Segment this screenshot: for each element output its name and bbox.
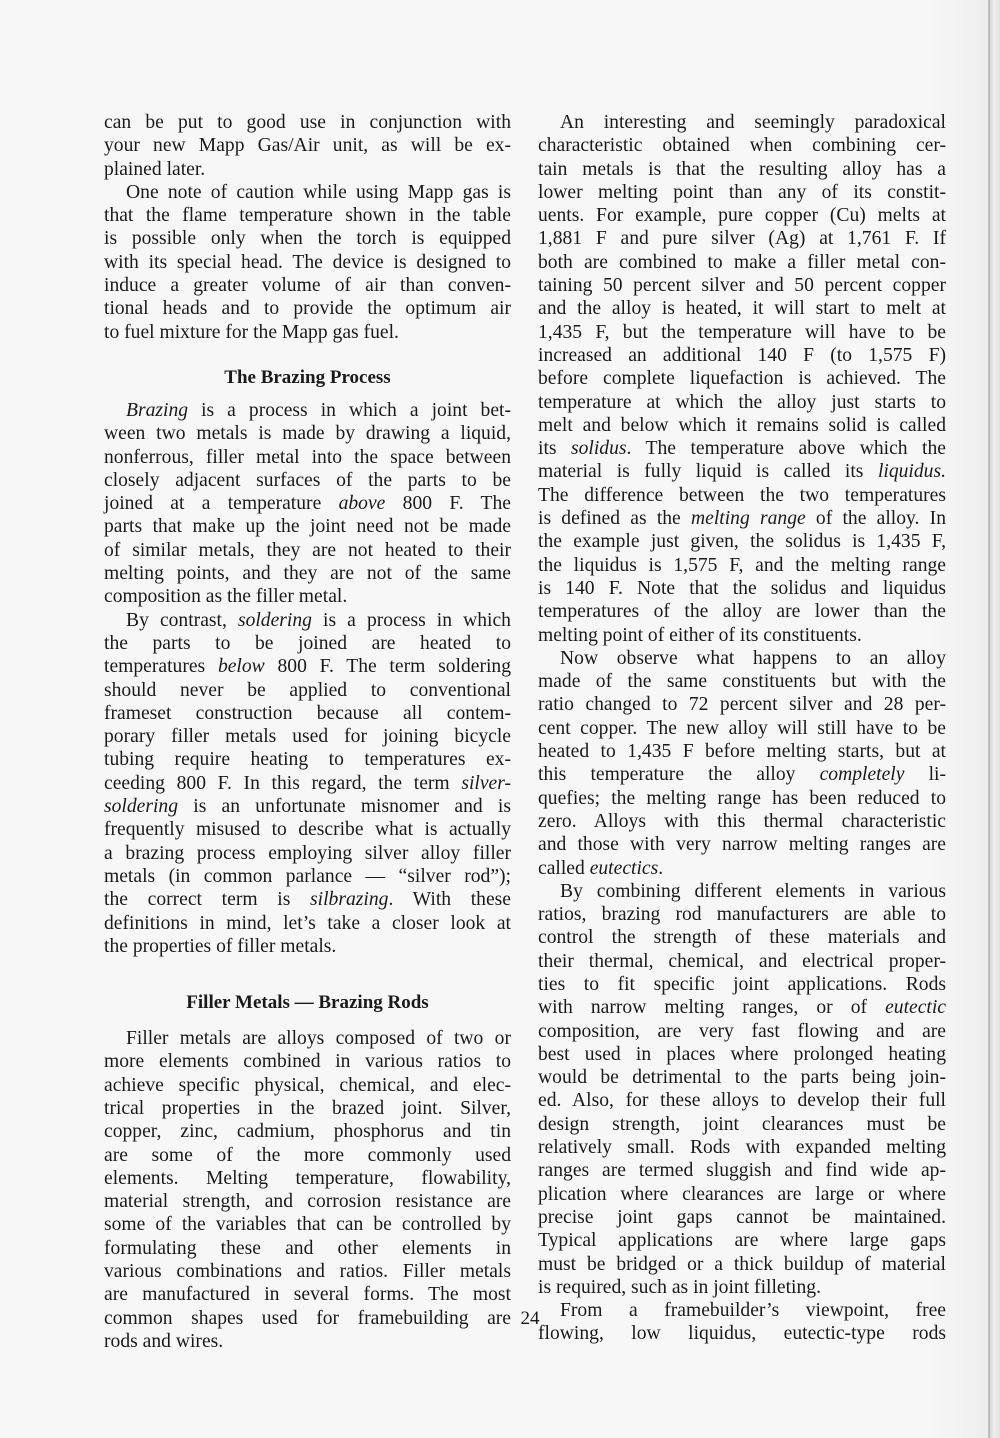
text-line: heated to 1,435 F before melting starts,… [538, 740, 946, 763]
text-line: metals (in common parlance — “silver rod… [104, 865, 511, 888]
text-line: made of the same constituents but with t… [538, 670, 946, 693]
text-line: uents. For example, pure copper (Cu) mel… [538, 204, 946, 227]
text-line: One note of caution while using Mapp gas… [104, 181, 511, 204]
emphasis: silver- [461, 773, 511, 794]
text-span: . [658, 858, 663, 879]
text-line: temperature at which the alloy just star… [538, 391, 946, 414]
emphasis: above [339, 493, 386, 514]
text-line: frameset construction because all contem… [104, 702, 511, 725]
text-line: melting points, and they are not of the … [104, 562, 511, 585]
text-line: composition, are very fast flowing and a… [538, 1020, 946, 1043]
text-line: relatively small. Rods with expanded mel… [538, 1136, 946, 1159]
text-line: zero. Alloys with this thermal character… [538, 810, 946, 833]
emphasis: soldering [104, 796, 178, 817]
text-line: your new Mapp Gas/Air unit, as will be e… [104, 134, 511, 157]
section-heading-filler-metals: Filler Metals — Brazing Rods [104, 991, 511, 1014]
text-line: tional heads and to provide the optimum … [104, 297, 511, 320]
rod-properties-paragraph: By combining different elements in vario… [538, 880, 946, 1299]
page-number: 24 [0, 1308, 1000, 1330]
text-line: a brazing process employing silver alloy… [104, 842, 511, 865]
text-line: The difference between the two temperatu… [538, 484, 946, 507]
text-line: By contrast, soldering is a process in w… [104, 609, 511, 632]
text-line: material strength, and corrosion resista… [104, 1190, 511, 1213]
text-line: the liquidus is 1,575 F, and the melting… [538, 554, 946, 577]
text-line: more elements combined in various ratios… [104, 1050, 511, 1073]
text-line: is defined as the melting range of the a… [538, 507, 946, 530]
text-line: with its special head. The device is des… [104, 251, 511, 274]
text-line: ween two metals is made by drawing a liq… [104, 422, 511, 445]
text-line: before complete liquefaction is achieved… [538, 367, 946, 390]
emphasis: completely [820, 764, 905, 785]
text-span: material is fully liquid is called its [538, 461, 878, 482]
text-line: quefies; the melting range has been redu… [538, 787, 946, 810]
text-line: formulating these and other elements in [104, 1237, 511, 1260]
text-line: taining 50 percent silver and 50 percent… [538, 274, 946, 297]
text-line: achieve specific physical, chemical, and… [104, 1074, 511, 1097]
text-span: the correct term is [104, 889, 310, 910]
text-line: ed. Also, for these alloys to develop th… [538, 1089, 946, 1112]
text-line: best used in places where prolonged heat… [538, 1043, 946, 1066]
left-column: can be put to good use in conjunction wi… [104, 111, 511, 1353]
text-line: its solidus. The temperature above which… [538, 437, 946, 460]
text-span: 800 F. The [385, 493, 511, 514]
text-line: ratios, brazing rod manufacturers are ab… [538, 903, 946, 926]
text-line: nonferrous, filler metal into the space … [104, 446, 511, 469]
text-line: tubing require heating to temperatures e… [104, 748, 511, 771]
text-line: Now observe what happens to an alloy [538, 647, 946, 670]
text-span: li- [904, 764, 946, 785]
text-line: temperatures of the alloy are lower than… [538, 600, 946, 623]
text-line: is possible only when the torch is equip… [104, 227, 511, 250]
text-span: 800 F. The term soldering [265, 656, 511, 677]
text-line: elements. Melting temperature, flowabili… [104, 1167, 511, 1190]
text-span: ceeding 800 F. In this regard, the term [104, 773, 461, 794]
text-span: temperatures [104, 656, 218, 677]
emphasis: soldering [238, 610, 312, 631]
text-line: the correct term is silbrazing. With the… [104, 888, 511, 911]
text-span: of the alloy. In [806, 508, 946, 529]
right-column: An interesting and seemingly paradoxical… [538, 111, 946, 1346]
text-line: precise joint gaps cannot be maintained. [538, 1206, 946, 1229]
text-line: ratio changed to 72 percent silver and 2… [538, 693, 946, 716]
emphasis: below [218, 656, 265, 677]
emphasis: melting range [691, 508, 806, 529]
text-line: various combinations and ratios. Filler … [104, 1260, 511, 1283]
text-line: tain metals is that the resulting alloy … [538, 158, 946, 181]
paradox-paragraph: An interesting and seemingly paradoxical… [538, 111, 946, 647]
text-line: parts that make up the joint need not be… [104, 515, 511, 538]
text-line: and the alloy is heated, it will start t… [538, 297, 946, 320]
text-line: An interesting and seemingly paradoxical [538, 111, 946, 134]
text-line: the parts to be joined are heated to [104, 632, 511, 655]
text-line: lower melting point than any of its cons… [538, 181, 946, 204]
text-line: with narrow melting ranges, or of eutect… [538, 996, 946, 1019]
text-line: must be bridged or a thick buildup of ma… [538, 1253, 946, 1276]
text-span: is a process in which a joint bet- [201, 400, 511, 421]
text-line: control the strength of these materials … [538, 926, 946, 949]
text-span: joined at a temperature [104, 493, 339, 514]
text-line: ranges are termed sluggish and find wide… [538, 1159, 946, 1182]
text-span: with narrow melting ranges, or of [538, 997, 885, 1018]
text-line: induce a greater volume of air than conv… [104, 274, 511, 297]
text-line: increased an additional 140 F (to 1,575 … [538, 344, 946, 367]
text-line: Filler metals are alloys composed of two… [104, 1027, 511, 1050]
text-line: joined at a temperature above 800 F. The [104, 492, 511, 515]
text-line: 1,881 F and pure silver (Ag) at 1,761 F.… [538, 227, 946, 250]
brazing-definition-paragraph: Brazing is a process in which a joint be… [104, 399, 511, 609]
text-line: and those with very narrow melting range… [538, 833, 946, 856]
text-span: is an unfortunate misnomer and is [178, 796, 511, 817]
text-line: of similar metals, they are not heated t… [104, 539, 511, 562]
text-line: temperatures below 800 F. The term solde… [104, 655, 511, 678]
text-line: ceeding 800 F. In this regard, the term … [104, 772, 511, 795]
text-line: ties to fit specific joint applications.… [538, 973, 946, 996]
text-line: is 140 F. Note that the solidus and liqu… [538, 577, 946, 600]
text-line: plained later. [104, 158, 511, 181]
text-line: should never be applied to conventional [104, 679, 511, 702]
text-line: porary filler metals used for joining bi… [104, 725, 511, 748]
text-line: are some of the more commonly used [104, 1144, 511, 1167]
text-line: this temperature the alloy completely li… [538, 763, 946, 786]
text-line: can be put to good use in conjunction wi… [104, 111, 511, 134]
text-line: soldering is an unfortunate misnomer and… [104, 795, 511, 818]
text-line: some of the variables that can be contro… [104, 1213, 511, 1236]
text-line: would be detrimental to the parts being … [538, 1066, 946, 1089]
section-heading-brazing-process: The Brazing Process [104, 366, 511, 389]
emphasis: eutectics [590, 858, 659, 879]
text-line: to fuel mixture for the Mapp gas fuel. [104, 321, 511, 344]
text-span: is defined as the [538, 508, 691, 529]
text-line: the properties of filler metals. [104, 935, 511, 958]
text-span: . With these [388, 889, 511, 910]
intro-paragraph: can be put to good use in conjunction wi… [104, 111, 511, 181]
text-line: is required, such as in joint filleting. [538, 1276, 946, 1299]
filler-metals-paragraph: Filler metals are alloys composed of two… [104, 1027, 511, 1353]
text-line: both are combined to make a filler metal… [538, 251, 946, 274]
text-line: cent copper. The new alloy will still ha… [538, 717, 946, 740]
text-line: are manufactured in several forms. The m… [104, 1283, 511, 1306]
eutectic-paragraph: Now observe what happens to an alloy mad… [538, 647, 946, 880]
text-line: rods and wires. [104, 1330, 511, 1353]
text-line: plication where clearances are large or … [538, 1183, 946, 1206]
emphasis: solidus [571, 438, 627, 459]
text-span: is a process in which [312, 610, 511, 631]
text-line: their thermal, chemical, and electrical … [538, 950, 946, 973]
text-span: . The temperature above which the [627, 438, 946, 459]
emphasis: liquidus. [878, 461, 946, 482]
emphasis: Brazing [126, 400, 188, 421]
text-span: its [538, 438, 571, 459]
emphasis: eutectic [885, 997, 946, 1018]
text-line: the example just given, the solidus is 1… [538, 530, 946, 553]
text-span: this temperature the alloy [538, 764, 820, 785]
text-line: design strength, joint clearances must b… [538, 1113, 946, 1136]
emphasis: silbrazing [310, 889, 388, 910]
text-line: trical properties in the brazed joint. S… [104, 1097, 511, 1120]
soldering-paragraph: By contrast, soldering is a process in w… [104, 609, 511, 958]
text-line: definitions in mind, let’s take a closer… [104, 912, 511, 935]
page-edge [988, 0, 1000, 1438]
text-line: that the flame temperature shown in the … [104, 204, 511, 227]
text-line: frequently misused to describe what is a… [104, 818, 511, 841]
text-line: Typical applications are where large gap… [538, 1229, 946, 1252]
text-line: copper, zinc, cadmium, phosphorus and ti… [104, 1120, 511, 1143]
text-line: 1,435 F, but the temperature will have t… [538, 321, 946, 344]
text-line: melting point of either of its constitue… [538, 624, 946, 647]
caution-paragraph: One note of caution while using Mapp gas… [104, 181, 511, 344]
text-line: composition as the filler metal. [104, 585, 511, 608]
text-line: characteristic obtained when combining c… [538, 134, 946, 157]
text-line: melt and below which it remains solid is… [538, 414, 946, 437]
text-line: By combining different elements in vario… [538, 880, 946, 903]
text-line: closely adjacent surfaces of the parts t… [104, 469, 511, 492]
text-span: called [538, 858, 590, 879]
text-line: material is fully liquid is called its l… [538, 460, 946, 483]
text-line: called eutectics. [538, 857, 946, 880]
text-span: By contrast, [126, 610, 238, 631]
text-line: Brazing is a process in which a joint be… [104, 399, 511, 422]
